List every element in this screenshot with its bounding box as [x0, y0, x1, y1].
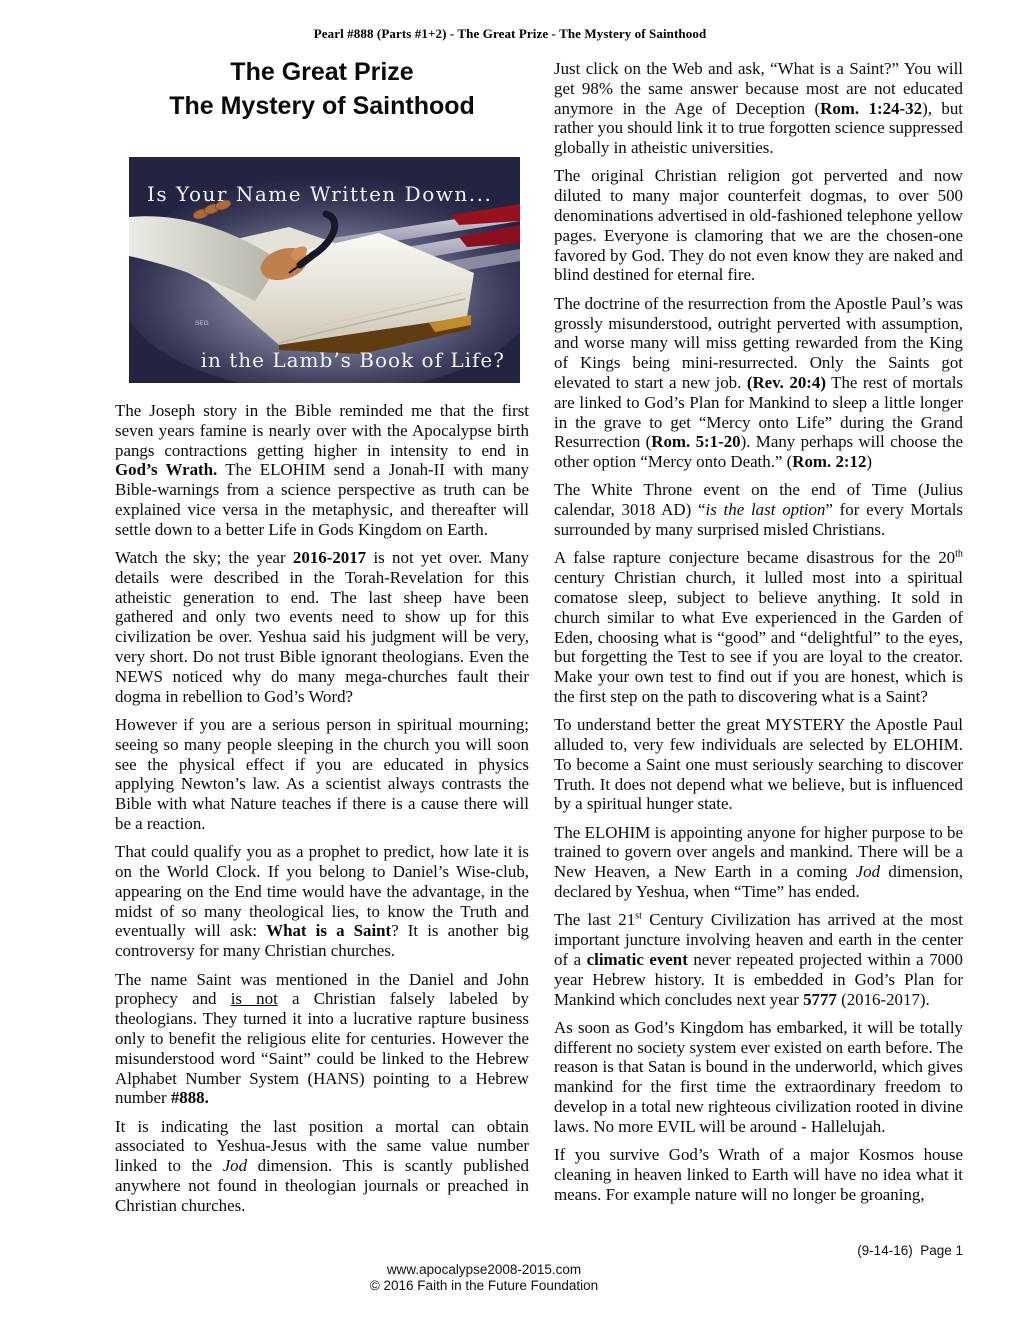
paragraph: If you survive God’s Wrath of a major Ko…	[554, 1145, 963, 1204]
paragraph: The name Saint was mentioned in the Dani…	[115, 970, 529, 1109]
paragraph: The ELOHIM is appointing anyone for high…	[554, 823, 963, 902]
paragraph: However if you are a serious person in s…	[115, 715, 529, 834]
page-footer: www.apocalypse2008-2015.com © 2016 Faith…	[116, 1262, 852, 1294]
book-of-life-image: SEG Is Your Name Written Down... in the …	[129, 157, 520, 383]
image-caption-top: Is Your Name Written Down...	[147, 182, 492, 206]
image-caption-bottom: in the Lamb’s Book of Life?	[201, 348, 505, 372]
footer-date-page: (9-14-16) Page 1	[857, 1243, 963, 1258]
paragraph: The White Throne event on the end of Tim…	[554, 480, 963, 539]
page-title: The Great Prize The Mystery of Sainthood	[115, 55, 529, 123]
paragraph: That could qualify you as a prophet to p…	[115, 842, 529, 961]
title-line-2: The Mystery of Sainthood	[115, 89, 529, 123]
document-page: Pearl #888 (Parts #1+2) - The Great Priz…	[0, 0, 1020, 1320]
paragraph: The last 21st Century Civilization has a…	[554, 910, 963, 1009]
page-header: Pearl #888 (Parts #1+2) - The Great Priz…	[0, 26, 1020, 42]
paragraph: The Joseph story in the Bible reminded m…	[115, 401, 529, 540]
title-line-1: The Great Prize	[115, 55, 529, 89]
paragraph: It is indicating the last position a mor…	[115, 1117, 529, 1216]
paragraph: To understand better the great MYSTERY t…	[554, 715, 963, 814]
paragraph: Just click on the Web and ask, “What is …	[554, 59, 963, 158]
paragraph: The doctrine of the resurrection from th…	[554, 294, 963, 472]
book-of-life-illustration: SEG Is Your Name Written Down... in the …	[129, 157, 520, 383]
paragraph: A false rapture conjecture became disast…	[554, 548, 963, 706]
paragraph: As soon as God’s Kingdom has embarked, i…	[554, 1018, 963, 1137]
paragraph: The original Christian religion got perv…	[554, 166, 963, 285]
artist-signature: SEG	[195, 320, 209, 327]
left-column: The Joseph story in the Bible reminded m…	[115, 401, 529, 1224]
right-column: Just click on the Web and ask, “What is …	[554, 59, 963, 1213]
paragraph: Watch the sky; the year 2016-2017 is not…	[115, 548, 529, 706]
footer-website: www.apocalypse2008-2015.com	[116, 1262, 852, 1278]
footer-copyright: © 2016 Faith in the Future Foundation	[116, 1278, 852, 1294]
